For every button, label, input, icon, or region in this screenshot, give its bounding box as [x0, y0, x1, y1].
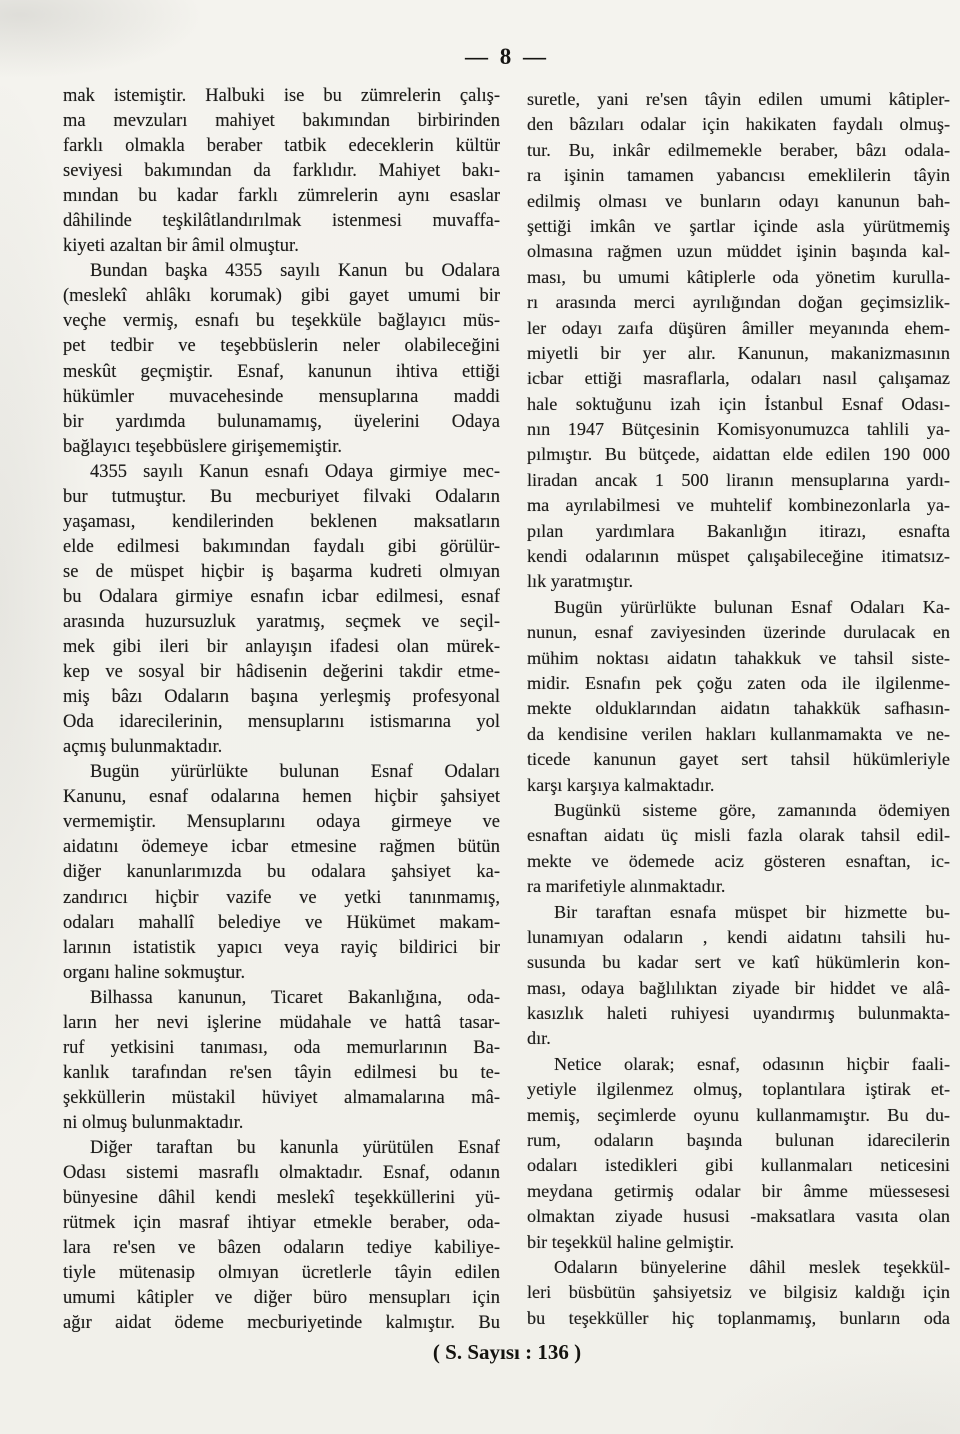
text-line: Bundan başka 4355 sayılı Kanun bu Odalar… — [63, 259, 500, 284]
text-line: liradan ancak 1 500 liranın mensuplarına… — [527, 468, 950, 493]
page-footer: ( S. Sayısı : 136 ) — [0, 1340, 960, 1365]
text-line: Bugün yürürlükte bulunan Esnaf Odaları — [63, 760, 500, 785]
text-line: lunamıyan odaların , kendi aidatını tahs… — [527, 925, 950, 950]
text-line: olmaktan ziyade hususi -maksatlara vasıt… — [527, 1204, 950, 1229]
text-line: pet tedbir ve teşebbüslerin neler olabil… — [63, 334, 500, 359]
left-column: mak istemiştir. Halbuki ise bu zümreleri… — [63, 84, 500, 1336]
text-line: bağlayıcı teşebbüslere girişememiştir. — [63, 435, 500, 460]
text-line: nunun, esnaf zaviyesinden üzerinde durul… — [527, 620, 950, 645]
text-line: kep ve sosyal bir hâdisenin değerini tak… — [63, 660, 500, 685]
text-line: zandırıcı hiçbir vazife ve yetki tanınma… — [63, 886, 500, 911]
text-line: larının istatistik yapıcı veya rayiç bil… — [63, 936, 500, 961]
text-line: leri büsbütün şahsiyetsiz ve bilgisiz ka… — [527, 1280, 950, 1305]
text-line: ma ayrılabilmesi ve muhtelif kombinezonl… — [527, 493, 950, 518]
text-line: karşı karşıya kalmaktadır. — [527, 773, 950, 798]
document-page: — 8 — mak istemiştir. Halbuki ise bu züm… — [0, 0, 960, 1434]
text-line: mekte olduklarından aidatın tahakkük saf… — [527, 696, 950, 721]
text-line: açmış bulunmaktadır. — [63, 735, 500, 760]
text-line: ma mevzuları mahiyet bakımından birbirin… — [63, 109, 500, 134]
text-line: Bugün yürürlükte bulunan Esnaf Odaları K… — [527, 595, 950, 620]
text-line: farklı olmakla beraber tatbik edecekleri… — [63, 134, 500, 159]
text-line: bir teşekkül haline gelmiştir. — [527, 1230, 950, 1255]
text-line: Bugünkü sisteme göre, zamanında ödemiyen — [527, 798, 950, 823]
text-line: ruf yetkisini tanıması, oda memurlarının… — [63, 1036, 500, 1061]
text-line: lara re'sen ve bâzen odaların tediye kab… — [63, 1236, 500, 1261]
paragraph: 4355 sayılı Kanun esnafı Odaya girmiye m… — [63, 460, 500, 761]
text-line: Bir taraftan esnafa müspet bir hizmette … — [527, 900, 950, 925]
text-line: susunda bu kadar sert ve katî hükümlerin… — [527, 950, 950, 975]
text-line: Odaların bünyelerine dâhil meslek teşekk… — [527, 1255, 950, 1280]
text-line: rütmek için masraf ihtiyar etmekle berab… — [63, 1211, 500, 1236]
text-line: bu teşekküller hiç toplanmamış, bunların… — [527, 1306, 950, 1331]
paragraph: Bugünkü sisteme göre, zamanında ödemiyen… — [527, 798, 950, 900]
text-line: tiyle mütenasip olmıyan ücretlerle tâyin… — [63, 1261, 500, 1286]
text-line: icbar ettiği masraflarla, odaları nasıl … — [527, 366, 950, 391]
text-line: rum, odaların başında bulunan idareciler… — [527, 1128, 950, 1153]
text-line: ni olmuş bulunmaktadır. — [63, 1111, 500, 1136]
text-line: bur tutmuştur. Bu mecburiyet filvaki Oda… — [63, 485, 500, 510]
text-line: dâhilinde teşkilâtlandırılmak istenmesi … — [63, 209, 500, 234]
text-line: dır. — [527, 1026, 950, 1051]
text-line: kasızlık haleti ruhiyesi uyandırmış bulu… — [527, 1001, 950, 1026]
text-line: esnaftan aidatı üç misli fazla olarak ta… — [527, 823, 950, 848]
text-line: Diğer taraftan bu kanunla yürütülen Esna… — [63, 1136, 500, 1161]
text-line: Odası sistemi masraflı olmaktadır. Esnaf… — [63, 1161, 500, 1186]
text-line: hükümler muvacehesinde mensuplarına madd… — [63, 385, 500, 410]
paragraph: Diğer taraftan bu kanunla yürütülen Esna… — [63, 1136, 500, 1336]
right-column: suretle, yani re'sen tâyin edilen umumi … — [527, 87, 950, 1331]
text-line: tur. Bu, inkâr edilmemekle beraber, bâzı… — [527, 138, 950, 163]
text-line: odaları mahallî belediye ve Hükümet maka… — [63, 911, 500, 936]
text-line: yetiyle ilgilenmez olmuş, toplantılara i… — [527, 1077, 950, 1102]
text-line: hale soktuğunu izah için İstanbul Esnaf … — [527, 392, 950, 417]
text-line: şettiği imkân ve şartlar içinde asla yür… — [527, 214, 950, 239]
text-line: bir yardımda bulunamamış, üyelerini Oday… — [63, 410, 500, 435]
text-line: miyetli bir yer alır. Kanunun, makanizma… — [527, 341, 950, 366]
text-line: kanlık tarafından re'sen tâyin edilmesi … — [63, 1061, 500, 1086]
text-line: seviyesi bakımından da farklıdır. Mahiye… — [63, 159, 500, 184]
text-line: umumi kâtipler ve diğer büro mensupları … — [63, 1286, 500, 1311]
text-line: yaşaması, kendilerinden beklenen maksatl… — [63, 510, 500, 535]
text-line: şekküllerin müstakil hüviyet almamaların… — [63, 1086, 500, 1111]
text-line: bünyesine dâhil kendi meslekî teşekkülle… — [63, 1186, 500, 1211]
paragraph: suretle, yani re'sen tâyin edilen umumi … — [527, 87, 950, 595]
text-line: ler odayı zaıfa düşüren âmiller meyanınd… — [527, 316, 950, 341]
paragraph: mak istemiştir. Halbuki ise bu zümreleri… — [63, 84, 500, 259]
text-line: memiş, seçimlerde oyunu kullanmamıştır. … — [527, 1103, 950, 1128]
text-line: ra işinin tamamen yabancısı emeklilerin … — [527, 163, 950, 188]
text-line: aidatını ödemeye icbar etmesine rağmen b… — [63, 835, 500, 860]
text-line: olmasına rağmen uzun müddet işinin başın… — [527, 239, 950, 264]
paragraph: Bir taraftan esnafa müspet bir hizmette … — [527, 900, 950, 1052]
text-line: ların her nevi işlerine müdahale ve hatt… — [63, 1011, 500, 1036]
text-line: veçhe vermiş, esnafı bu teşekküle bağlay… — [63, 309, 500, 334]
page-number: — 8 — — [0, 44, 960, 70]
paragraph: Bugün yürürlükte bulunan Esnaf Odaları K… — [527, 595, 950, 798]
text-line: edilmiş olması ve bunların odayı kanunun… — [527, 189, 950, 214]
text-line: odaları istedikleri gibi kullanmaları ne… — [527, 1153, 950, 1178]
text-line: kendi odalarının müspet çalışabileceğine… — [527, 544, 950, 569]
text-line: den bâzıları odalar için hakikaten fayda… — [527, 112, 950, 137]
text-line: se de müspet hiçbir iş başarma kudreti o… — [63, 560, 500, 585]
text-line: Bilhassa kanunun, Ticaret Bakanlığına, o… — [63, 986, 500, 1011]
text-line: pılmıştır. Bu bütçede, aidattan elde edi… — [527, 442, 950, 467]
paragraph: Bugün yürürlükte bulunan Esnaf OdalarıKa… — [63, 760, 500, 985]
text-line: (meslekî ahlâkı korumak) gibi gayet umum… — [63, 284, 500, 309]
paragraph: Bundan başka 4355 sayılı Kanun bu Odalar… — [63, 259, 500, 459]
text-line: elde edilmesi bakımından faydalı gibi gö… — [63, 535, 500, 560]
text-line: suretle, yani re'sen tâyin edilen umumi … — [527, 87, 950, 112]
text-line: nın 1947 Bütçesinin Komisyonumuzca tahli… — [527, 417, 950, 442]
text-line: organı haline sokmuştur. — [63, 961, 500, 986]
paragraph: Odaların bünyelerine dâhil meslek teşekk… — [527, 1255, 950, 1331]
text-line: bu Odalara girmiye esnafın icbar edilmes… — [63, 585, 500, 610]
text-line: midir. Esnafın pek çoğu zaten oda ile il… — [527, 671, 950, 696]
text-line: mühim noktası aidatın tahakkuk ve tahsil… — [527, 646, 950, 671]
text-line: kiyeti azaltan bir âmil olmuştur. — [63, 234, 500, 259]
text-line: 4355 sayılı Kanun esnafı Odaya girmiye m… — [63, 460, 500, 485]
text-line: rı arasında merci ayrılığından doğan geç… — [527, 290, 950, 315]
text-line: Oda idarecilerinin, mensuplarını istisma… — [63, 710, 500, 735]
text-line: ra marifetiyle alınmaktadır. — [527, 874, 950, 899]
text-line: mak istemiştir. Halbuki ise bu zümreleri… — [63, 84, 500, 109]
text-line: ticede kanunun gayet sert tahsil hükümle… — [527, 747, 950, 772]
text-line: meskût geçmiştir. Esnaf, kanunun ihtiva … — [63, 360, 500, 385]
text-line: arasında huzursuzluk yaratmış, seçmek ve… — [63, 610, 500, 635]
text-line: Kanunu, esnaf odalarına hemen hiçbir şah… — [63, 785, 500, 810]
text-line: mından bu kadar farklı zümrelerin aynı e… — [63, 184, 500, 209]
paragraph: Bilhassa kanunun, Ticaret Bakanlığına, o… — [63, 986, 500, 1136]
text-line: meydana getirmiş odalar bir âmme müesses… — [527, 1179, 950, 1204]
text-line: ağır aidat ödeme mecburiyetinde kalmıştı… — [63, 1311, 500, 1336]
text-line: mek gibi ileri bir anlayışın ifadesi ola… — [63, 635, 500, 660]
text-line: diğer kanunlarımızda bu odalara şahsiyet… — [63, 860, 500, 885]
text-line: vermemiştir. Mensuplarını odaya girmeye … — [63, 810, 500, 835]
text-line: lık yaratmıştır. — [527, 569, 950, 594]
text-line: Netice olarak; esnaf, odasının hiçbir fa… — [527, 1052, 950, 1077]
text-line: pılan yardımlara Bakanlığın itirazı, esn… — [527, 519, 950, 544]
text-line: mekte ve ödemede aciz gösteren esnaftan,… — [527, 849, 950, 874]
paragraph: Netice olarak; esnaf, odasının hiçbir fa… — [527, 1052, 950, 1255]
text-line: miş bâzı Odaların başına yerleşmiş profe… — [63, 685, 500, 710]
text-line: da kendisine verilen hakları kullanmamak… — [527, 722, 950, 747]
text-line: ması, odaya bağlılıktan ziyade bir hidde… — [527, 976, 950, 1001]
text-line: ması, bu umumi kâtiplerle oda yönetim ku… — [527, 265, 950, 290]
